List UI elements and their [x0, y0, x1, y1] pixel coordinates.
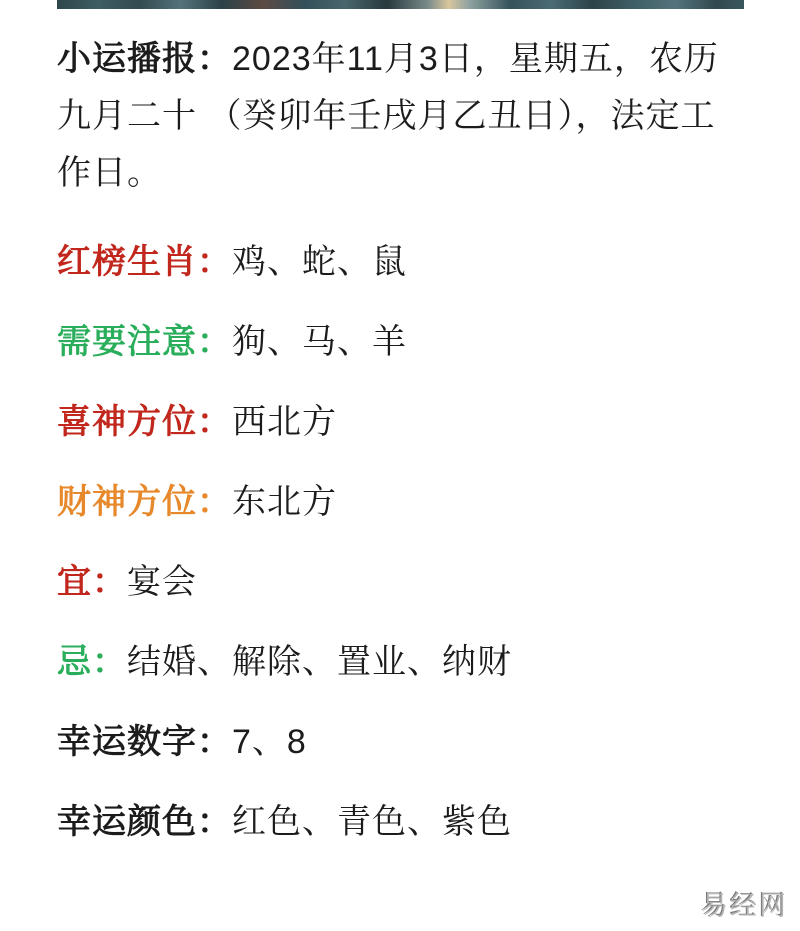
intro-label: 小运播报：	[57, 40, 232, 78]
section-label: 红榜生肖：	[57, 243, 232, 281]
intro-paragraph: 小运播报：2023年11月3日，星期五，农历九月二十 （癸卯年壬戌月乙丑日），法…	[57, 31, 747, 202]
section-value: 结婚、解除、置业、纳财	[127, 643, 512, 681]
section-value: 红色、青色、紫色	[232, 803, 512, 841]
section-label: 需要注意：	[57, 323, 232, 361]
section-value: 西北方	[232, 403, 337, 441]
section-value: 东北方	[232, 483, 337, 521]
photo-bottom-strip	[57, 0, 744, 9]
section-row-suitable: 宜：宴会	[57, 562, 747, 602]
section-row-wealth-direction: 财神方位：东北方	[57, 482, 747, 522]
section-label: 喜神方位：	[57, 403, 232, 441]
section-row-joy-direction: 喜神方位：西北方	[57, 402, 747, 442]
section-label: 忌：	[57, 643, 127, 681]
section-row-red-list: 红榜生肖：鸡、蛇、鼠	[57, 242, 747, 282]
section-row-lucky-colors: 幸运颜色：红色、青色、紫色	[57, 802, 747, 842]
section-value: 宴会	[127, 563, 197, 601]
section-label: 宜：	[57, 563, 127, 601]
article-body: 小运播报：2023年11月3日，星期五，农历九月二十 （癸卯年壬戌月乙丑日），法…	[0, 0, 800, 842]
site-watermark: 易经网	[701, 884, 788, 923]
section-row-caution-list: 需要注意：狗、马、羊	[57, 322, 747, 362]
section-label: 幸运数字：	[57, 723, 232, 761]
section-row-avoid: 忌：结婚、解除、置业、纳财	[57, 642, 747, 682]
section-label: 财神方位：	[57, 483, 232, 521]
section-value: 7、8	[232, 723, 307, 761]
section-value: 鸡、蛇、鼠	[232, 243, 407, 281]
section-row-lucky-numbers: 幸运数字：7、8	[57, 722, 747, 762]
section-value: 狗、马、羊	[232, 323, 407, 361]
section-label: 幸运颜色：	[57, 803, 232, 841]
